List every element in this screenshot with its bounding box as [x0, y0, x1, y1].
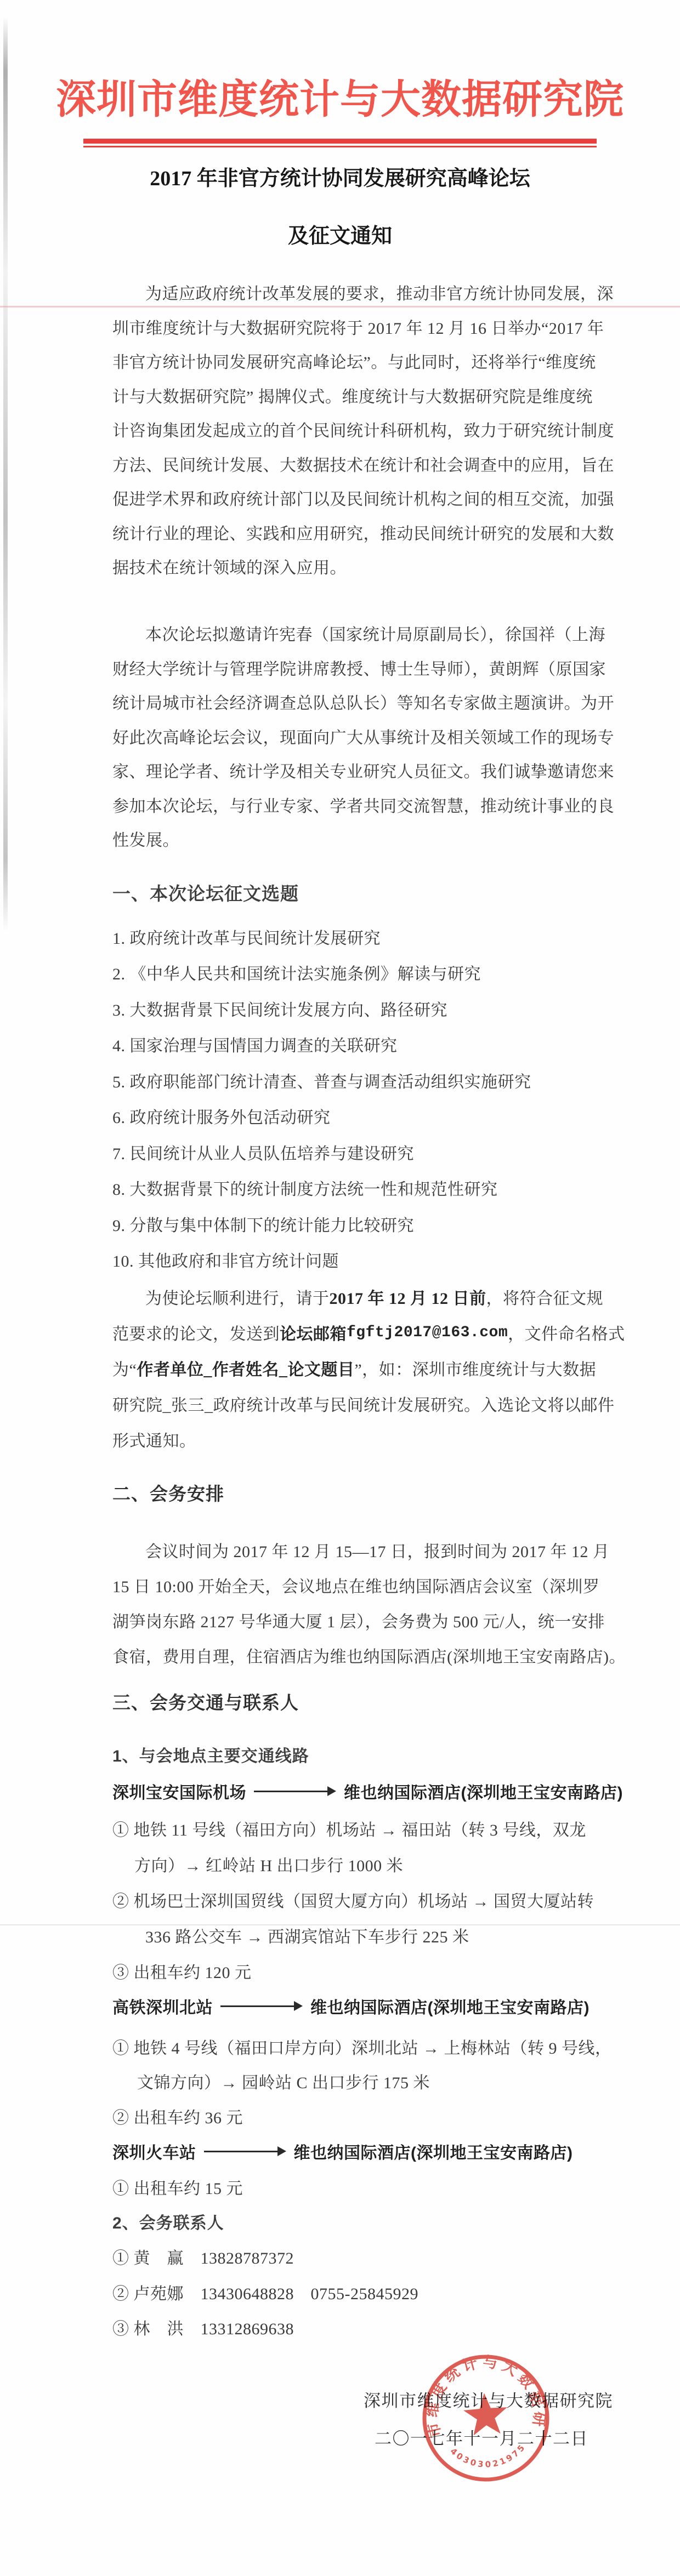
- text-segment: ，将符合征文规: [486, 1285, 604, 1309]
- text-line: 本次论坛拟邀请许宪春（国家统计局原副局长），徐国祥（上海: [112, 616, 603, 651]
- official-red-seal: 深圳市维度统计与大数据研究院 4403030219758: [416, 2348, 556, 2488]
- route-from: 高铁深圳北站: [112, 1994, 213, 2018]
- list-item: 2. 《中华人民共和国统计法实施条例》解读与研究: [112, 955, 603, 991]
- text-line: 会议时间为 2017 年 12 月 15—17 日，报到时间为 2017 年 1…: [112, 1532, 603, 1568]
- filename-format-text: 作者单位_作者姓名_论文题目: [137, 1356, 354, 1380]
- text-line: 统计行业的理论、实践和应用研究，推动民间统计研究的发展和大数: [112, 515, 603, 550]
- text-line: 计咨询集团发起成立的首个民间统计科研机构，致力于研究统计制度: [112, 412, 603, 447]
- route-step: 方向）→ 红岭站 H 出口步行 1000 米: [112, 1846, 603, 1882]
- scan-edge-artifact: [3, 16, 8, 932]
- forum-mailbox-label: 论坛邮箱: [280, 1320, 347, 1344]
- arrow-shaft: [254, 1791, 330, 1792]
- text-line: 据技术在统计领域的深入应用。: [112, 549, 603, 584]
- intro-paragraph-1: 为适应政府统计改革发展的要求，推动非官方统计协同发展，深 圳市维度统计与大数据研…: [112, 275, 603, 584]
- route-to: 维也纳国际酒店(深圳地王宝安南路店): [310, 1994, 590, 2018]
- route-step: ① 地铁 11 号线（福田方向）机场站 → 福田站（转 3 号线，双龙: [112, 1810, 603, 1846]
- route-step: ② 机场巴士深圳国贸线（国贸大厦方向）机场站 → 国贸大厦站转: [112, 1882, 603, 1917]
- route-header-airport: 深圳宝安国际机场 维也纳国际酒店(深圳地王宝安南路店): [112, 1777, 623, 1805]
- letterhead-red-divider: [83, 139, 597, 147]
- forum-email-address: fgftj2017@163.com: [347, 1324, 508, 1341]
- submission-paragraph: 为使论坛顺利进行，请于 2017 年 12 月 12 日前，将符合征文规 范要求…: [112, 1279, 603, 1457]
- document-title-line1: 2017 年非官方统计协同发展研究高峰论坛: [0, 166, 680, 191]
- list-item: 9. 分散与集中体制下的统计能力比较研究: [112, 1206, 603, 1242]
- list-item: 1. 政府统计改革与民间统计发展研究: [112, 919, 603, 955]
- route-step: ① 出租车约 15 元: [112, 2169, 603, 2204]
- arrow-shaft: [204, 2151, 280, 2152]
- text-line: 为适应政府统计改革发展的要求，推动非官方统计协同发展，深: [112, 275, 603, 310]
- arrow-head: [327, 1786, 336, 1796]
- divider-thin-line: [83, 146, 597, 147]
- right-arrow-icon: [220, 2000, 303, 2012]
- text-line: 15 日 10:00 开始全天，会议地点在维也纳国际酒店会议室（深圳罗: [112, 1568, 603, 1603]
- route-header-north-station: 高铁深圳北站 维也纳国际酒店(深圳地王宝安南路店): [112, 1992, 590, 2020]
- text-line: 圳市维度统计与大数据研究院将于 2017 年 12 月 16 日举办“2017 …: [112, 310, 603, 344]
- list-item: 3. 大数据背景下民间统计发展方向、路径研究: [112, 990, 603, 1027]
- arrow-shaft: [220, 2005, 296, 2007]
- right-arrow-icon: [204, 2145, 286, 2157]
- subheading-contacts: 2、会务联系人: [112, 2208, 224, 2235]
- text-line: 研究院_张三_政府统计改革与民间统计发展研究。入选论文将以邮件: [112, 1386, 603, 1421]
- text-line: 为使论坛顺利进行，请于 2017 年 12 月 12 日前，将符合征文规: [112, 1279, 603, 1315]
- text-segment: 为“: [112, 1356, 137, 1380]
- letterhead-institution-title: 深圳市维度统计与大数据研究院: [0, 67, 680, 124]
- arrow-head: [294, 2001, 303, 2011]
- text-line: 方法、民间统计发展、大数据技术在统计和社会调查中的应用，旨在: [112, 447, 603, 481]
- contact-item: ② 卢苑娜 13430648828 0755-25845929: [112, 2275, 603, 2310]
- deadline-text: 2017 年 12 月 12 日前: [330, 1285, 486, 1309]
- list-item: 10. 其他政府和非官方统计问题: [112, 1242, 603, 1278]
- route-header-railway-station: 深圳火车站 维也纳国际酒店(深圳地王宝安南路店): [112, 2138, 573, 2165]
- route-from: 深圳宝安国际机场: [112, 1779, 246, 1803]
- text-line: 计与大数据研究院” 揭牌仪式。维度统计与大数据研究院是维度统: [112, 378, 603, 413]
- text-line: 非官方统计协同发展研究高峰论坛”。与此同时，还将举行“维度统: [112, 344, 603, 378]
- list-item: 6. 政府统计服务外包活动研究: [112, 1098, 603, 1135]
- text-segment: ，文件命名格式: [508, 1320, 625, 1344]
- contact-item: ① 黄 赢 13828787372: [112, 2239, 603, 2275]
- topic-list: 1. 政府统计改革与民间统计发展研究 2. 《中华人民共和国统计法实施条例》解读…: [112, 919, 603, 1278]
- text-line: 湖笋岗东路 2127 号华通大厦 1 层），会务费为 500 元/人，统一安排: [112, 1603, 603, 1638]
- route-railway-station-steps: ① 出租车约 15 元: [112, 2169, 603, 2204]
- route-to: 维也纳国际酒店(深圳地王宝安南路店): [344, 1779, 623, 1803]
- route-step: ① 地铁 4 号线（福田口岸方向）深圳北站 → 上梅林站（转 9 号线，: [112, 2029, 603, 2064]
- text-segment: 范要求的论文，发送到: [112, 1320, 280, 1344]
- text-segment: 为使论坛顺利进行，请于: [145, 1285, 330, 1309]
- list-item: 4. 国家治理与国情国力调查的关联研究: [112, 1027, 603, 1063]
- right-arrow-icon: [254, 1785, 336, 1797]
- text-line: 性发展。: [112, 822, 603, 856]
- scanned-notice-document: 深圳市维度统计与大数据研究院 2017 年非官方统计协同发展研究高峰论坛 及征文…: [0, 0, 680, 2576]
- text-line: 食宿，费用自理，住宿酒店为维也纳国际酒店(深圳地王宝安南路店)。: [112, 1638, 603, 1673]
- list-item: 5. 政府职能部门统计清查、普查与调查活动组织实施研究: [112, 1062, 603, 1098]
- route-airport-steps: ① 地铁 11 号线（福田方向）机场站 → 福田站（转 3 号线，双龙 方向）→…: [112, 1810, 603, 1988]
- list-item: 7. 民间统计从业人员队伍培养与建设研究: [112, 1134, 603, 1170]
- list-item: 8. 大数据背景下的统计制度方法统一性和规范性研究: [112, 1170, 603, 1206]
- text-line: 好此次高峰论坛会议，现面向广大从事统计及相关领域工作的现场专: [112, 719, 603, 754]
- arrow-head: [277, 2146, 286, 2156]
- text-line: 财经大学统计与管理学院讲席教授、博士生导师），黄朗辉（原国家: [112, 651, 603, 685]
- contact-list: ① 黄 赢 13828787372 ② 卢苑娜 13430648828 0755…: [112, 2239, 603, 2345]
- document-title-line2: 及征文通知: [0, 224, 680, 249]
- route-step: ② 出租车约 36 元: [112, 2099, 603, 2134]
- text-line: 形式通知。: [112, 1421, 603, 1457]
- text-line: 家、理论学者、统计学及相关专业研究人员征文。我们诚挚邀请您来: [112, 753, 603, 788]
- subheading-routes: 1、与会地点主要交通线路: [112, 1741, 309, 1768]
- text-line: 统计局城市社会经济调查总队总队长）等知名专家做主题演讲。为开: [112, 685, 603, 719]
- text-line: 参加本次论坛，与行业专家、学者共同交流智慧，推动统计事业的良: [112, 788, 603, 822]
- arrangement-paragraph: 会议时间为 2017 年 12 月 15—17 日，报到时间为 2017 年 1…: [112, 1532, 603, 1673]
- section-heading-transport: 三、会务交通与联系人: [112, 1688, 299, 1715]
- route-step: 336 路公交车 → 西湖宾馆站下车步行 225 米: [112, 1917, 603, 1953]
- text-segment: ”，如：深圳市维度统计与大数据: [354, 1356, 596, 1380]
- contact-item: ③ 林 洪 13312869638: [112, 2310, 603, 2345]
- route-to: 维也纳国际酒店(深圳地王宝安南路店): [294, 2139, 573, 2163]
- route-step: 文锦方向）→ 园岭站 C 出口步行 175 米: [112, 2064, 603, 2099]
- section-heading-arrangement: 二、会务安排: [112, 1479, 224, 1506]
- route-step: ③ 出租车约 120 元: [112, 1953, 603, 1988]
- route-north-station-steps: ① 地铁 4 号线（福田口岸方向）深圳北站 → 上梅林站（转 9 号线， 文锦方…: [112, 2029, 603, 2134]
- text-line: 范要求的论文，发送到论坛邮箱 fgftj2017@163.com，文件命名格式: [112, 1315, 603, 1350]
- intro-paragraph-2: 本次论坛拟邀请许宪春（国家统计局原副局长），徐国祥（上海 财经大学统计与管理学院…: [112, 616, 603, 856]
- seal-star-icon: [462, 2391, 509, 2436]
- section-heading-topics: 一、本次论坛征文选题: [112, 879, 299, 906]
- divider-thick-line: [83, 139, 597, 144]
- text-line: 促进学术界和政府统计部门以及民间统计机构之间的相互交流，加强: [112, 481, 603, 515]
- route-from: 深圳火车站: [112, 2139, 196, 2163]
- text-line: 为“作者单位_作者姓名_论文题目”，如：深圳市维度统计与大数据: [112, 1350, 603, 1386]
